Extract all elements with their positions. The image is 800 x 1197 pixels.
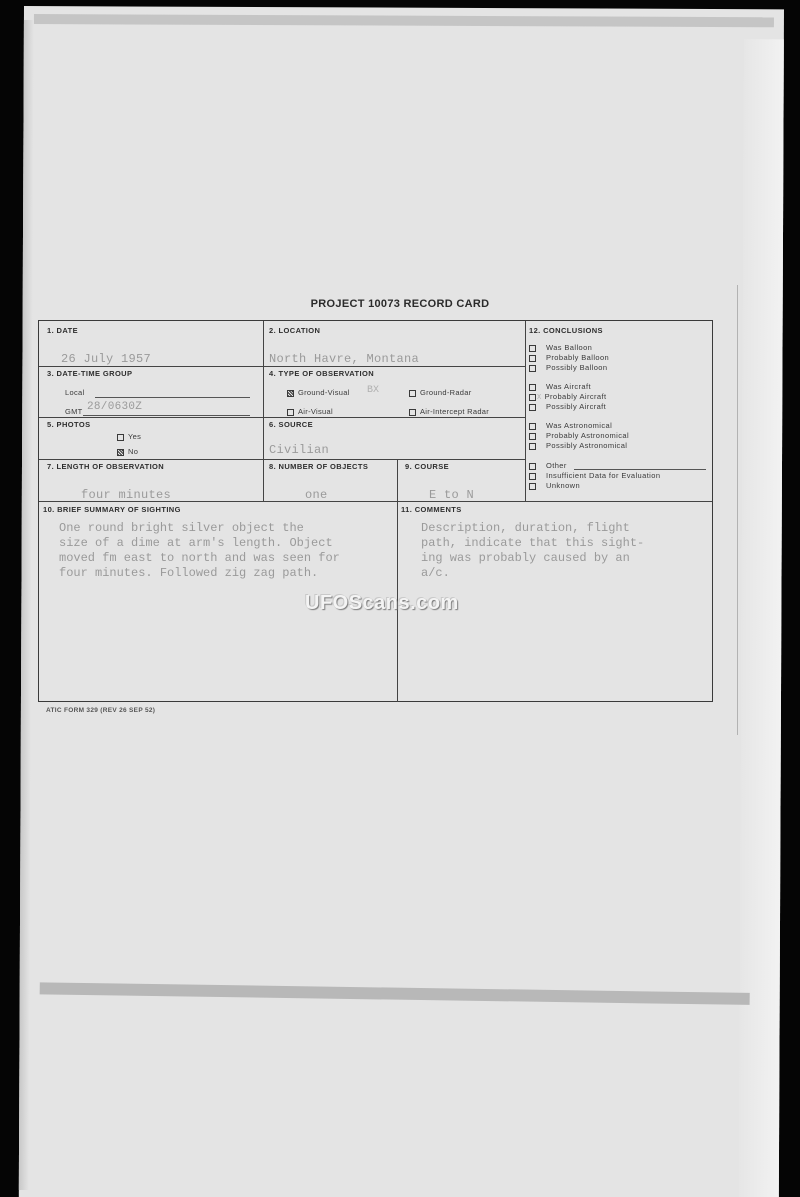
- photos-label: 5. PHOTOS: [47, 420, 90, 429]
- conclusion-possibly-balloon[interactable]: Possibly Balloon: [529, 363, 607, 372]
- course-label: 9. COURSE: [405, 462, 449, 471]
- number-of-objects-label: 8. NUMBER OF OBJECTS: [269, 462, 368, 471]
- checkbox[interactable]: [409, 390, 416, 397]
- brief-summary-text: One round bright silver object thesize o…: [59, 521, 340, 581]
- summary-line: One round bright silver object the: [59, 521, 340, 536]
- air-intercept-radar-option[interactable]: Air-Intercept Radar: [409, 407, 489, 416]
- comment-line: path, indicate that this sight-: [421, 536, 644, 551]
- divider: [39, 366, 525, 367]
- conclusion-insufficient-data[interactable]: Insufficient Data for Evaluation: [529, 471, 660, 480]
- checkbox[interactable]: [529, 345, 536, 352]
- scan-shadow-band: [34, 14, 774, 27]
- record-card: 1. DATE 26 July 1957 2. LOCATION North H…: [38, 320, 713, 702]
- divider: [39, 417, 525, 418]
- checkbox-checked[interactable]: [287, 390, 294, 397]
- card-title: PROJECT 10073 RECORD CARD: [0, 298, 800, 310]
- photos-yes-option[interactable]: Yes: [117, 432, 141, 441]
- comments-label: 11. COMMENTS: [401, 505, 462, 514]
- option-label: Was Balloon: [546, 343, 592, 352]
- option-label: Probably Astronomical: [546, 431, 629, 440]
- comment-line: ing was probably caused by an: [421, 551, 644, 566]
- ground-radar-option[interactable]: Ground-Radar: [409, 388, 472, 397]
- fold-line: [737, 285, 738, 735]
- option-label: Was Astronomical: [546, 421, 612, 430]
- ground-visual-option[interactable]: Ground-Visual: [287, 388, 350, 397]
- local-time-field[interactable]: [95, 397, 250, 398]
- conclusion-probably-aircraft[interactable]: XProbably Aircraft: [529, 392, 606, 402]
- photos-no-option[interactable]: No: [117, 447, 138, 456]
- option-label: Possibly Aircraft: [546, 402, 606, 411]
- date-time-group-label: 3. DATE-TIME GROUP: [47, 369, 132, 378]
- local-time-label: Local: [65, 388, 84, 397]
- option-label: Other: [546, 461, 567, 470]
- summary-line: size of a dime at arm's length. Object: [59, 536, 340, 551]
- conclusion-possibly-astronomical[interactable]: Possibly Astronomical: [529, 441, 627, 450]
- checkbox[interactable]: [287, 409, 294, 416]
- location-label: 2. LOCATION: [269, 326, 320, 335]
- source-value: Civilian: [269, 443, 329, 457]
- option-label: Possibly Astronomical: [546, 441, 627, 450]
- number-of-objects-value: one: [305, 488, 328, 502]
- conclusion-probably-balloon[interactable]: Probably Balloon: [529, 353, 609, 362]
- location-value: North Havre, Montana: [269, 352, 419, 366]
- divider: [397, 460, 398, 702]
- checkbox[interactable]: [529, 473, 536, 480]
- conclusion-was-aircraft[interactable]: Was Aircraft: [529, 382, 591, 391]
- handwritten-mark: BX: [367, 385, 379, 396]
- checkbox[interactable]: [529, 463, 536, 470]
- gmt-time-field[interactable]: [83, 415, 250, 416]
- conclusion-unknown[interactable]: Unknown: [529, 481, 580, 490]
- option-label: Probably Aircraft: [545, 392, 607, 401]
- option-label: Air-Visual: [298, 407, 333, 416]
- divider: [263, 321, 264, 501]
- brief-summary-label: 10. BRIEF SUMMARY OF SIGHTING: [43, 505, 181, 514]
- option-label: No: [128, 447, 138, 456]
- type-of-observation-label: 4. TYPE OF OBSERVATION: [269, 369, 374, 378]
- gmt-time-label: GMT: [65, 407, 83, 416]
- conclusion-possibly-aircraft[interactable]: Possibly Aircraft: [529, 402, 606, 411]
- option-label: Yes: [128, 432, 141, 441]
- length-of-observation-value: four minutes: [81, 488, 171, 502]
- checkbox[interactable]: [409, 409, 416, 416]
- option-label: Ground-Radar: [420, 388, 472, 397]
- gmt-time-value: 28/0630Z: [87, 401, 142, 413]
- divider: [525, 321, 526, 501]
- date-value: 26 July 1957: [61, 352, 151, 366]
- comment-line: a/c.: [421, 566, 644, 581]
- sheet-fold-band: [40, 982, 750, 1005]
- paper-edge-highlight: [739, 39, 784, 1197]
- checkbox-checked[interactable]: [117, 449, 124, 456]
- option-label: Was Aircraft: [546, 382, 591, 391]
- length-of-observation-label: 7. LENGTH OF OBSERVATION: [47, 462, 164, 471]
- option-label: Possibly Balloon: [546, 363, 607, 372]
- option-label: Probably Balloon: [546, 353, 609, 362]
- checkbox[interactable]: [529, 423, 536, 430]
- option-label: Unknown: [546, 481, 580, 490]
- conclusion-probably-astronomical[interactable]: Probably Astronomical: [529, 431, 629, 440]
- comments-text: Description, duration, flightpath, indic…: [421, 521, 644, 581]
- check-mark: X: [537, 394, 542, 402]
- checkbox-checked[interactable]: [529, 394, 536, 401]
- conclusion-other[interactable]: Other: [529, 461, 567, 470]
- date-label: 1. DATE: [47, 326, 78, 335]
- source-label: 6. SOURCE: [269, 420, 313, 429]
- paper-edge-shadow: [19, 20, 34, 1190]
- option-label: Ground-Visual: [298, 388, 350, 397]
- checkbox[interactable]: [117, 434, 124, 441]
- course-value: E to N: [429, 488, 474, 502]
- divider: [39, 459, 525, 460]
- checkbox[interactable]: [529, 384, 536, 391]
- comment-line: Description, duration, flight: [421, 521, 644, 536]
- checkbox[interactable]: [529, 443, 536, 450]
- checkbox[interactable]: [529, 355, 536, 362]
- other-field[interactable]: [574, 469, 706, 470]
- option-label: Insufficient Data for Evaluation: [546, 471, 660, 480]
- checkbox[interactable]: [529, 365, 536, 372]
- checkbox[interactable]: [529, 433, 536, 440]
- summary-line: moved fm east to north and was seen for: [59, 551, 340, 566]
- form-identifier: ATIC FORM 329 (REV 26 SEP 52): [46, 707, 155, 714]
- summary-line: four minutes. Followed zig zag path.: [59, 566, 340, 581]
- air-visual-option[interactable]: Air-Visual: [287, 407, 333, 416]
- checkbox[interactable]: [529, 483, 536, 490]
- conclusion-was-astronomical[interactable]: Was Astronomical: [529, 421, 612, 430]
- conclusions-label: 12. CONCLUSIONS: [529, 326, 603, 335]
- option-label: Air-Intercept Radar: [420, 407, 489, 416]
- checkbox[interactable]: [529, 404, 536, 411]
- watermark: UFOScans.com: [305, 592, 459, 615]
- conclusion-was-balloon[interactable]: Was Balloon: [529, 343, 592, 352]
